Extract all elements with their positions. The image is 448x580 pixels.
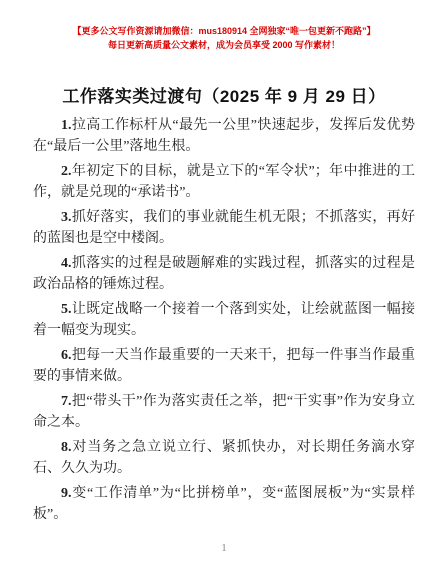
promo-header: 【更多公文写作资源请加微信：mus180914 全网独家“唯一包更新不跑路”】 … (0, 24, 448, 52)
paragraph-number: 9. (61, 486, 72, 501)
paragraph-number: 3. (61, 210, 72, 225)
page-number: 1 (0, 542, 448, 554)
paragraph: 7.把“带头干”作为落实责任之举，把“干实事”作为安身立命之本。 (33, 391, 415, 433)
paragraph-number: 6. (61, 348, 72, 363)
paragraph-number: 5. (61, 302, 72, 317)
paragraph: 1.拉高工作标杆从“最先一公里”快速起步，发挥后发优势在“最后一公里”落地生根。 (33, 115, 415, 157)
paragraph-number: 2. (61, 164, 72, 179)
promo-header-line1: 【更多公文写作资源请加微信：mus180914 全网独家“唯一包更新不跑路”】 (0, 24, 448, 38)
paragraph-number: 8. (61, 440, 72, 455)
paragraph: 9.变“工作清单”为“比拼榜单”，变“蓝图展板”为“实景样板”。 (33, 483, 415, 525)
paragraph-number: 4. (61, 256, 72, 271)
paragraph: 6.把每一天当作最重要的一天来干，把每一件事当作最重要的事情来做。 (33, 345, 415, 387)
page-title: 工作落实类过渡句（2025 年 9 月 29 日） (0, 82, 448, 107)
paragraph-list: 1.拉高工作标杆从“最先一公里”快速起步，发挥后发优势在“最后一公里”落地生根。… (33, 115, 415, 525)
paragraph: 5.让既定战略一个接着一个落到实处，让绘就蓝图一幅接着一幅变为现实。 (33, 299, 415, 341)
paragraph: 8.对当务之急立说立行、紧抓快办，对长期任务滴水穿石、久久为功。 (33, 437, 415, 479)
document-page: 【更多公文写作资源请加微信：mus180914 全网独家“唯一包更新不跑路”】 … (0, 0, 448, 580)
promo-header-line2: 每日更新高质量公文素材，成为会员享受 2000 写作素材！ (0, 38, 448, 52)
paragraph: 2.年初定下的目标，就是立下的“军令状”；年中推进的工作，就是兑现的“承诺书”。 (33, 161, 415, 203)
paragraph-number: 7. (61, 394, 72, 409)
paragraph: 4.抓落实的过程是破题解难的实践过程，抓落实的过程是政治品格的锤炼过程。 (33, 253, 415, 295)
paragraph-number: 1. (61, 118, 72, 133)
paragraph: 3.抓好落实，我们的事业就能生机无限；不抓落实，再好的蓝图也是空中楼阁。 (33, 207, 415, 249)
